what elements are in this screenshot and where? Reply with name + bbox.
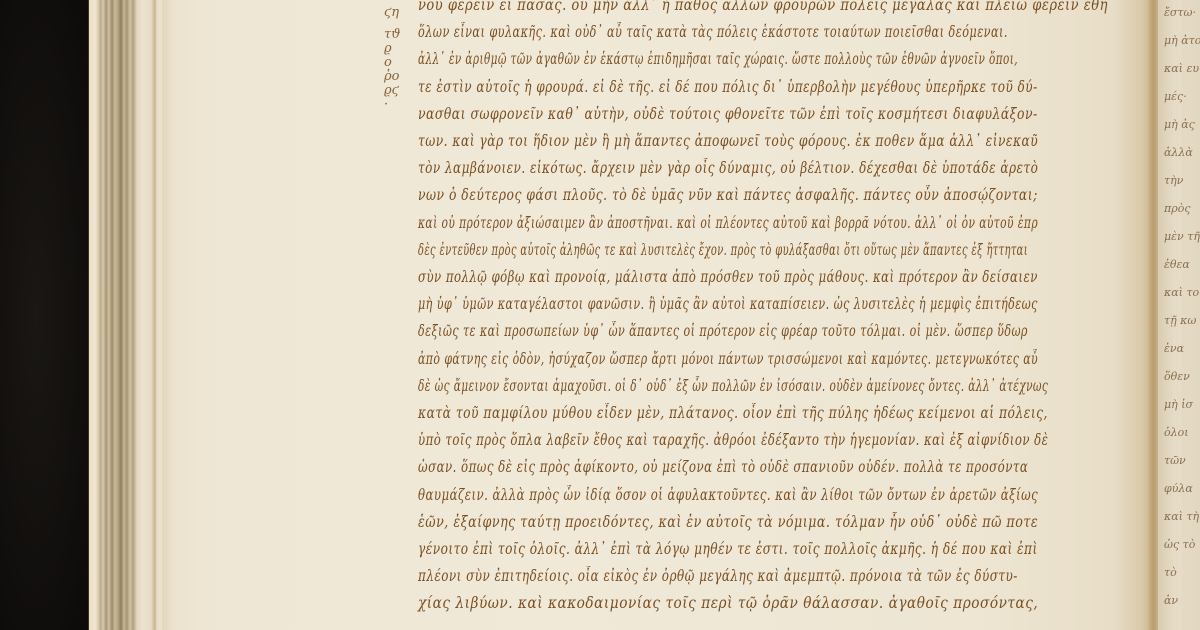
manuscript-line: ὅλων εἶναι φυλακῆς. καὶ οὐδ᾽ αὖ ταῖς κατ… — [418, 23, 1008, 41]
facing-page-fragment: ὅθεν — [1164, 370, 1190, 380]
manuscript-line: ἀλλ᾽ ἐν ἀριθμῷ τῶν ἀγαθῶν ἐν ἑκάστῳ ἐπιδ… — [418, 50, 1018, 68]
facing-page-fragment: ὁλοι — [1164, 426, 1189, 436]
manuscript-line: πλέονι σὺν ἐπιτηδείοις. οἷα εἰκὸς ἐν ὀρθ… — [418, 567, 1018, 585]
manuscript-line: δεξιῶς τε καὶ προσωπείων ὑφ᾽ ὧν ἅπαντες … — [418, 322, 1028, 340]
manuscript-line: νου φέρειν εἰ πάσας. οὐ μὴν ἀλλ᾽ ἡ πάθος… — [418, 0, 1108, 14]
marginal-annotations: ϛητϑϱοῥοϱϛ· — [384, 2, 410, 108]
manuscript-line: θαυμάζειν. ἀλλὰ πρὸς ὧν ἰδίᾳ ὅσον οἱ ἀφυ… — [418, 486, 1038, 504]
manuscript-line: δὲ ὡς ἄμεινον ἔσονται ἀμαχοῦσι. οἱ δ᾽ οὐ… — [418, 377, 1048, 395]
facing-page-fragment: μές· — [1164, 90, 1187, 100]
facing-page-fragment: καὶ τοὺς — [1164, 286, 1200, 296]
manuscript-line: ὑπὸ τοῖς πρὸς ὅπλα λαβεῖν ἔθος καὶ ταραχ… — [418, 431, 1048, 449]
manuscript-line: γένοιτο ἐπὶ τοῖς ὁλοῖς. ἀλλ᾽ ἐπὶ τὰ λόγῳ… — [418, 540, 1038, 558]
facing-page-fragment: ἐθεα — [1164, 258, 1190, 268]
facing-page-fragment: φύλα — [1164, 482, 1193, 492]
facing-page-fragment: ἀν — [1164, 594, 1178, 604]
manuscript-line: νασθαι σωφρονεῖν καθ᾽ αὑτὴν, οὐδὲ τούτοι… — [418, 105, 1038, 123]
facing-page-fragment: ἔστω· — [1164, 6, 1196, 16]
manuscript-line: των. καὶ γὰρ τοι ἥδιον μὲν ἢ μὴ ἅπαντες … — [418, 132, 1038, 150]
manuscript-line: κατὰ τοῦ παμφίλου μύθου εἶδεν μὲν, πλάτα… — [418, 404, 1048, 422]
facing-page-fragment: ὡς τὸ — [1164, 538, 1195, 548]
marginal-note: ϛη — [384, 2, 410, 24]
manuscript-line: τὸν λαμβάνοιεν. εἰκότως. ἄρχειν μὲν γὰρ … — [418, 159, 1038, 177]
manuscript-line: δὲς ἐντεῦθεν πρὸς αὐτοῖς ἀληθῶς τε καὶ λ… — [418, 241, 1028, 259]
facing-page-fragment: τὴν — [1164, 174, 1183, 184]
facing-page-fragment: καὶ τὴ — [1164, 510, 1199, 520]
facing-page-fragment: τῶν — [1164, 454, 1186, 464]
facing-page-fragment: καὶ ευ — [1164, 62, 1199, 72]
book-page-edges — [88, 0, 163, 630]
manuscript-line: μὴ ὑφ᾽ ὑμῶν καταγέλαστοι φανῶσιν. ἢ ὑμᾶς… — [418, 295, 1038, 313]
facing-page-fragment: μὴ ἰσ — [1164, 398, 1193, 408]
facing-page-fragment: πρὸς — [1164, 202, 1190, 212]
manuscript-line: ἑῶν, ἐξαίφνης ταύτῃ προειδόντες, καὶ ἐν … — [418, 513, 1038, 531]
facing-page-fragment: μὴ ἀτο — [1164, 34, 1200, 44]
manuscript-line: τε ἐστὶν αὐτοῖς ἡ φρουρά. εἰ δὲ τῆς. εἰ … — [418, 78, 1038, 96]
manuscript-line: ὡσαν. ὅπως δὲ εἰς πρὸς ἀφίκοντο, οὐ μείζ… — [418, 458, 1028, 476]
dark-backdrop — [0, 0, 92, 630]
marginal-note: ϱϛ — [384, 80, 410, 94]
marginal-note: ο — [384, 52, 410, 66]
facing-page: ἔστω·μὴ ἀτοκαὶ ευμές·μὴ ἀςἀλλὰτὴνπρὸςμὲν… — [1158, 0, 1200, 630]
facing-page-fragment: μὲν τῆ — [1164, 230, 1200, 240]
manuscript-line: νων ὁ δεύτερος φάσι πλοῦς. τὸ δὲ ὑμᾶς νῦ… — [418, 186, 1038, 204]
facing-page-fragment: μὴ ἀς — [1164, 118, 1195, 128]
manuscript-line: ἀπὸ φάτνης εἰς ὁδὸν, ἡσύχαζον ὥσπερ ἄρτι… — [418, 350, 1038, 368]
manuscript-line: σὺν πολλῷ φόβῳ καὶ προνοίᾳ, μάλιστα ἀπὸ … — [418, 268, 1038, 286]
facing-page-fragment: ἐνα — [1164, 342, 1184, 352]
facing-page-fragment: τὸ — [1164, 566, 1177, 576]
facing-page-fragment: ἀλλὰ — [1164, 146, 1193, 156]
marginal-note: ῥο — [384, 66, 410, 80]
manuscript-line: χίας λιβύων. καὶ κακοδαιμονίας τοῖς περὶ… — [418, 594, 1038, 612]
manuscript-line: καὶ οὐ πρότερον ἀξιώσαιμεν ἂν ἀποστῆναι.… — [418, 214, 1038, 232]
facing-page-fragment: τῇ κω — [1164, 314, 1196, 324]
marginal-note: τϑ — [384, 24, 410, 38]
